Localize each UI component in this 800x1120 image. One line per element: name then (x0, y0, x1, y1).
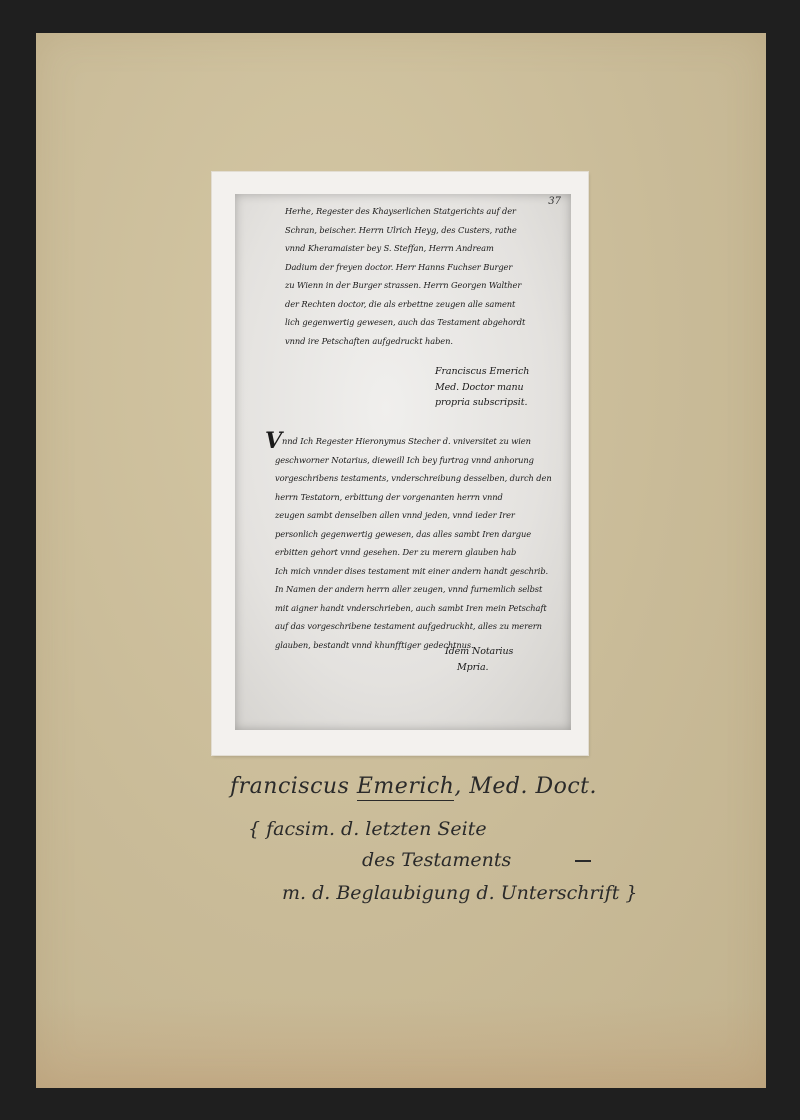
signature-line: Idem Notarius (445, 644, 513, 660)
manuscript-line: Herhe, Regester des Khayserlichen Statge… (285, 202, 525, 221)
manuscript-line: auf das vorgeschribene testament aufgedr… (265, 617, 552, 636)
signature-emerich: Franciscus Emerich Med. Doctor manu prop… (435, 364, 529, 411)
signature-line: Med. Doctor manu (435, 380, 529, 396)
manuscript-line: herrn Testatorn, erbittung der vorgenant… (265, 488, 552, 507)
manuscript-line: zu Wienn in der Burger strassen. Herrn G… (285, 276, 525, 295)
manuscript-line: geschworner Notarius, dieweill Ich bey f… (265, 451, 552, 470)
annotation-dash (575, 860, 591, 862)
manuscript-line: vorgeschribens testaments, vnderschreibu… (265, 469, 552, 488)
annotation-line-3: des Testaments (362, 849, 511, 871)
signature-notary: Idem Notarius Mpria. (445, 644, 513, 676)
manuscript-line: mit aigner handt vnderschrieben, auch sa… (265, 599, 552, 618)
manuscript-line: erbitten gehort vnnd gesehen. Der zu mer… (265, 543, 552, 562)
signature-line: Mpria. (445, 660, 513, 676)
manuscript-line: In Namen der andern herrn aller zeugen, … (265, 580, 552, 599)
manuscript-block-2: Vnnd Ich Regester Hieronymus Stecher d. … (265, 432, 552, 654)
signature-line: Franciscus Emerich (435, 364, 529, 380)
annotation-line-4: m. d. Beglaubigung d. Unterschrift } (282, 882, 637, 904)
board-stain (36, 998, 766, 1088)
annotation-line-1: franciscus Emerich, Med. Doct. (230, 774, 597, 799)
manuscript-line: personlich gegenwertig gewesen, das alle… (265, 525, 552, 544)
manuscript-line: vnnd Kheramaister bey S. Steffan, Herrn … (285, 239, 525, 258)
manuscript-line: vnnd ire Petschaften aufgedruckt haben. (285, 332, 525, 351)
manuscript-line: Dadium der freyen doctor. Herr Hanns Fuc… (285, 258, 525, 277)
facsimile-photograph: 37 Herhe, Regester des Khayserlichen Sta… (235, 194, 571, 730)
underlined-name: Emerich (357, 774, 454, 801)
manuscript-line: zeugen sambt denselben allen vnnd jeden,… (265, 506, 552, 525)
manuscript-block-1: Herhe, Regester des Khayserlichen Statge… (285, 202, 525, 350)
manuscript-line: Ich mich vnnder dises testament mit eine… (265, 562, 552, 581)
manuscript-line: Vnnd Ich Regester Hieronymus Stecher d. … (265, 432, 552, 451)
manuscript-line: lich gegenwertig gewesen, auch das Testa… (285, 313, 525, 332)
manuscript-line: Schran, beischer. Herrn Ulrich Heyg, des… (285, 221, 525, 240)
page-number: 37 (548, 196, 561, 207)
manuscript-line: der Rechten doctor, die als erbettne zeu… (285, 295, 525, 314)
signature-line: propria subscripsit. (435, 395, 529, 411)
annotation-line-2: { facsim. d. letzten Seite (248, 818, 487, 840)
